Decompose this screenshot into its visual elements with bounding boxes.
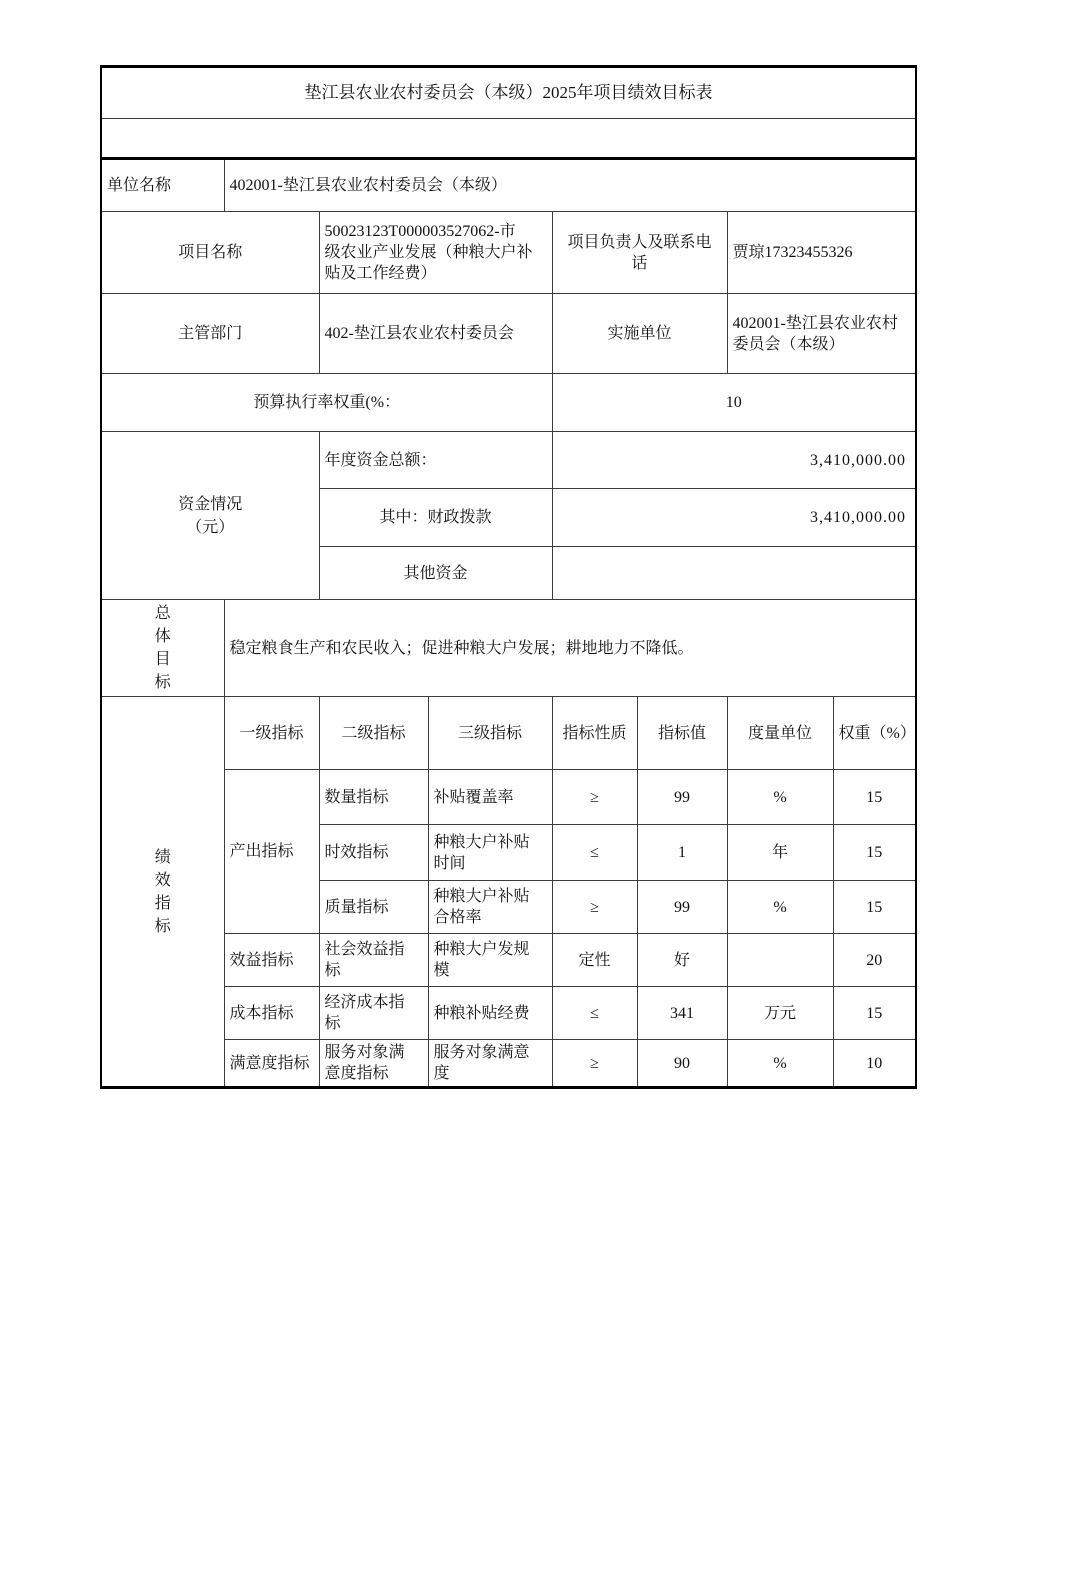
indicator-level2: 服务对象满 意度指标 [319, 1040, 428, 1088]
overall-goal-label: 总 体 目 标 [101, 600, 224, 697]
indicator-level3: 种粮大户发规 模 [428, 934, 552, 987]
indicator-unit: 年 [727, 825, 833, 881]
project-name-value: 50023123T000003527062-市 级农业产业发展（种粮大户补 贴及… [319, 212, 552, 294]
header-nature: 指标性质 [552, 697, 637, 770]
overall-goal-content: 稳定粮食生产和农民收入；促进种粮大户发展；耕地地力不降低。 [224, 600, 916, 697]
indicator-level1: 效益指标 [224, 934, 319, 987]
document-title: 垫江县农业农村委员会（本级）2025年项目绩效目标表 [101, 67, 916, 119]
indicator-weight: 15 [833, 770, 916, 825]
funding-fiscal-allocation-label: 其中：财政拨款 [319, 489, 552, 547]
header-level3: 三级指标 [428, 697, 552, 770]
indicator-level2: 数量指标 [319, 770, 428, 825]
indicator-value: 90 [637, 1040, 727, 1088]
indicator-row: 满意度指标 服务对象满 意度指标 服务对象满意 度 ≥ 90 % 10 [101, 1040, 916, 1088]
performance-group-label: 绩 效 指 标 [101, 697, 224, 1088]
indicator-unit: % [727, 770, 833, 825]
indicator-row: 成本指标 经济成本指 标 种粮补贴经费 ≤ 341 万元 15 [101, 987, 916, 1040]
header-value: 指标值 [637, 697, 727, 770]
unit-name-value: 402001-垫江县农业农村委员会（本级） [224, 159, 916, 212]
project-manager-label: 项目负责人及联系电 话 [552, 212, 727, 294]
performance-target-table: 垫江县农业农村委员会（本级）2025年项目绩效目标表 单位名称 402001-垫… [100, 65, 917, 1089]
indicator-value: 1 [637, 825, 727, 881]
indicator-nature: ≤ [552, 987, 637, 1040]
funding-group-label: 资金情况 （元） [101, 432, 319, 600]
header-unit: 度量单位 [727, 697, 833, 770]
indicator-level3: 补贴覆盖率 [428, 770, 552, 825]
indicator-level2: 时效指标 [319, 825, 428, 881]
indicator-weight: 15 [833, 825, 916, 881]
indicator-level1: 成本指标 [224, 987, 319, 1040]
funding-fiscal-allocation-value: 3,410,000.00 [552, 489, 916, 547]
spacer-row [101, 119, 916, 159]
indicator-nature: 定性 [552, 934, 637, 987]
indicator-level3: 服务对象满意 度 [428, 1040, 552, 1088]
funding-other-funds-value [552, 547, 916, 600]
indicator-nature: ≥ [552, 1040, 637, 1088]
indicator-weight: 15 [833, 881, 916, 934]
implementing-unit-value: 402001-垫江县农业农村 委员会（本级） [727, 294, 916, 374]
indicator-unit [727, 934, 833, 987]
indicator-unit: % [727, 881, 833, 934]
indicator-value: 99 [637, 881, 727, 934]
indicator-unit: 万元 [727, 987, 833, 1040]
funding-other-funds-label: 其他资金 [319, 547, 552, 600]
indicator-level1: 产出指标 [224, 770, 319, 934]
project-name-label: 项目名称 [101, 212, 319, 294]
indicator-level3: 种粮大户补贴 时间 [428, 825, 552, 881]
project-manager-value: 贾琼17323455326 [727, 212, 916, 294]
indicator-nature: ≥ [552, 881, 637, 934]
indicator-value: 99 [637, 770, 727, 825]
indicator-value: 341 [637, 987, 727, 1040]
indicator-level3: 种粮补贴经费 [428, 987, 552, 1040]
indicator-level2: 社会效益指 标 [319, 934, 428, 987]
indicator-row: 效益指标 社会效益指 标 种粮大户发规 模 定性 好 20 [101, 934, 916, 987]
indicator-row: 产出指标 数量指标 补贴覆盖率 ≥ 99 % 15 [101, 770, 916, 825]
supervisor-dept-label: 主管部门 [101, 294, 319, 374]
indicator-level2: 质量指标 [319, 881, 428, 934]
funding-annual-total-value: 3,410,000.00 [552, 432, 916, 489]
unit-name-label: 单位名称 [101, 159, 224, 212]
header-weight: 权重（%） [833, 697, 916, 770]
header-level2: 二级指标 [319, 697, 428, 770]
implementing-unit-label: 实施单位 [552, 294, 727, 374]
indicator-level2: 经济成本指 标 [319, 987, 428, 1040]
indicator-value: 好 [637, 934, 727, 987]
indicator-nature: ≥ [552, 770, 637, 825]
indicator-unit: % [727, 1040, 833, 1088]
budget-execution-weight-value: 10 [552, 374, 916, 432]
indicator-weight: 15 [833, 987, 916, 1040]
indicator-nature: ≤ [552, 825, 637, 881]
indicator-weight: 10 [833, 1040, 916, 1088]
budget-execution-weight-label: 预算执行率权重(%： [101, 374, 552, 432]
header-level1: 一级指标 [224, 697, 319, 770]
supervisor-dept-value: 402-垫江县农业农村委员会 [319, 294, 552, 374]
funding-annual-total-label: 年度资金总额： [319, 432, 552, 489]
indicator-weight: 20 [833, 934, 916, 987]
indicator-level3: 种粮大户补贴 合格率 [428, 881, 552, 934]
indicator-level1: 满意度指标 [224, 1040, 319, 1088]
